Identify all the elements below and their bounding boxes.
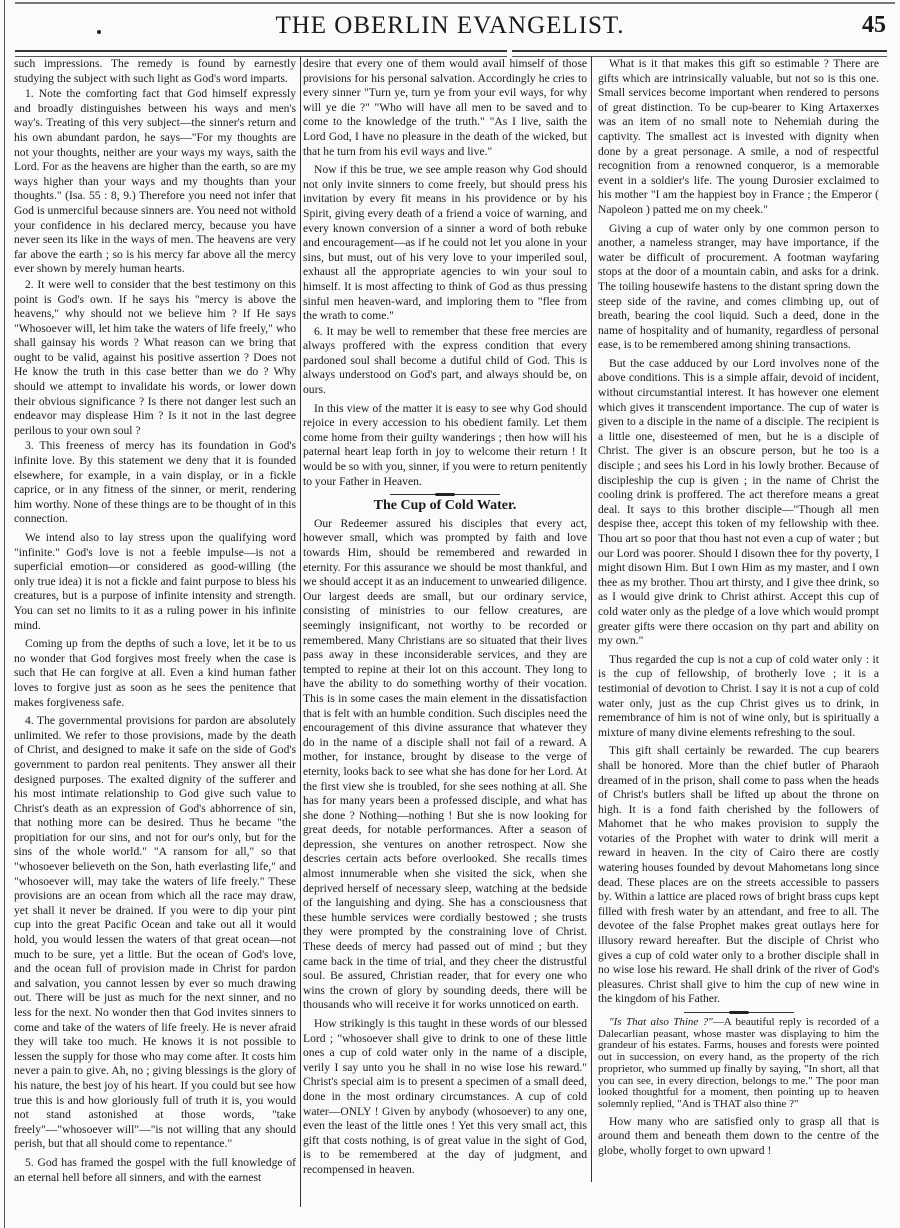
paragraph: We intend also to lay stress upon the qu…: [14, 531, 296, 633]
paragraph: such impressions. The remedy is found by…: [14, 57, 296, 86]
paragraph: 2. It were well to consider that the bes…: [14, 278, 296, 439]
paragraph: 4. The governmental provisions for pardo…: [14, 714, 296, 1152]
paragraph: But the case adduced by our Lord involve…: [598, 357, 879, 649]
anecdote-paragraph: "Is That also Thine ?"—A beautiful reply…: [598, 1017, 879, 1111]
masthead: THE OBERLIN EVANGELIST. 45: [0, 8, 900, 48]
paragraph: What is it that makes this gift so estim…: [598, 57, 879, 218]
column-divider-2: [591, 57, 592, 1182]
paragraph: Giving a cup of water only by one common…: [598, 222, 879, 353]
paragraph: 3. This freeness of mercy has its founda…: [14, 439, 296, 527]
header-rule-right: [512, 50, 887, 57]
anecdote-title: "Is That also Thine ?": [609, 1016, 713, 1028]
closing-paragraph: How many who are satisfied only to grasp…: [598, 1115, 879, 1159]
page-number: 45: [862, 12, 886, 39]
top-rule: [15, 2, 895, 4]
paragraph: How strikingly is this taught in these w…: [303, 1017, 587, 1178]
article-heading: The Cup of Cold Water.: [303, 499, 587, 514]
paragraph: Now if this be true, we see ample reason…: [303, 163, 587, 324]
column-2: desire that every one of them would avai…: [303, 57, 587, 1179]
anecdote-text: —A beautiful reply is recorded of a Dale…: [598, 1016, 879, 1110]
paragraph: 5. God has framed the gospel with the fu…: [14, 1156, 296, 1185]
paragraph: In this view of the matter it is easy to…: [303, 402, 587, 490]
column-divider-1: [300, 57, 301, 1207]
page-left-border: [4, 0, 5, 1228]
paragraph: 1. Note the comforting fact that God him…: [14, 87, 296, 277]
paragraph: Thus regarded the cup is not a cup of co…: [598, 653, 879, 741]
paragraph: desire that every one of them would avai…: [303, 57, 587, 159]
paragraph: Coming up from the depths of such a love…: [14, 637, 296, 710]
newspaper-title: THE OBERLIN EVANGELIST.: [0, 12, 900, 40]
section-separator: [390, 494, 500, 495]
header-rule-left: [15, 50, 507, 57]
section-separator: [684, 1012, 794, 1013]
paragraph: This gift shall certainly be rewarded. T…: [598, 744, 879, 1007]
paragraph: Our Redeemer assured his disciples that …: [303, 517, 587, 1013]
column-3: What is it that makes this gift so estim…: [598, 57, 879, 1159]
column-1: such impressions. The remedy is found by…: [14, 57, 296, 1186]
paragraph: 6. It may be well to remember that these…: [303, 325, 587, 398]
